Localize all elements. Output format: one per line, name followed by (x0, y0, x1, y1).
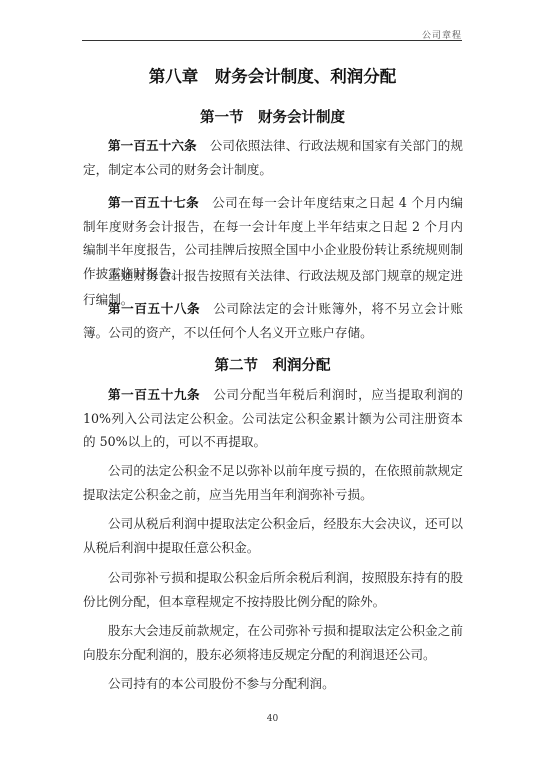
paragraph-text: 公司的法定公积金不足以弥补以前年度亏损的，在依照前款规定提取法定公积金之前，应当… (83, 463, 463, 502)
page-number: 40 (0, 714, 545, 724)
paragraph-text: 公司从税后利润中提取法定公积金后，经股东大会决议，还可以从税后利润中提取任意公积… (83, 516, 463, 555)
section-title-1: 第一节 财务会计制度 (0, 106, 545, 127)
article-number: 第一百五十七条 (108, 195, 199, 210)
article-156: 第一百五十六条公司依照法律、行政法规和国家有关部门的规定，制定本公司的财务会计制… (83, 134, 463, 181)
article-159: 第一百五十九条公司分配当年税后利润时，应当提取利润的 10%列入公司法定公积金。… (83, 383, 463, 454)
header-rule (82, 40, 462, 41)
article-number: 第一百五十六条 (108, 138, 197, 153)
paragraph-violation-refund: 股东大会违反前款规定，在公司弥补亏损和提取法定公积金之前向股东分配利润的，股东必… (83, 619, 463, 666)
article-number: 第一百五十八条 (108, 301, 200, 316)
article-158: 第一百五十八条公司除法定的会计账簿外，将不另立会计账簿。公司的资产，不以任何个人… (83, 297, 463, 344)
paragraph-text: 公司弥补亏损和提取公积金后所余税后利润，按照股东持有的股份比例分配，但本章程规定… (83, 570, 463, 609)
paragraph-distribution: 公司弥补亏损和提取公积金后所余税后利润，按照股东持有的股份比例分配，但本章程规定… (83, 566, 463, 613)
article-number: 第一百五十九条 (108, 387, 200, 402)
paragraph-discretionary-reserve: 公司从税后利润中提取法定公积金后，经股东大会决议，还可以从税后利润中提取任意公积… (83, 512, 463, 559)
paragraph-text: 股东大会违反前款规定，在公司弥补亏损和提取法定公积金之前向股东分配利润的，股东必… (83, 623, 463, 662)
section-title-2: 第二节 利润分配 (0, 354, 545, 375)
paragraph-text: 公司持有的本公司股份不参与分配利润。 (108, 676, 335, 691)
paragraph-loss-offset: 公司的法定公积金不足以弥补以前年度亏损的，在依照前款规定提取法定公积金之前，应当… (83, 459, 463, 506)
chapter-title: 第八章 财务会计制度、利润分配 (0, 63, 545, 87)
paragraph-own-shares: 公司持有的本公司股份不参与分配利润。 (83, 672, 463, 696)
